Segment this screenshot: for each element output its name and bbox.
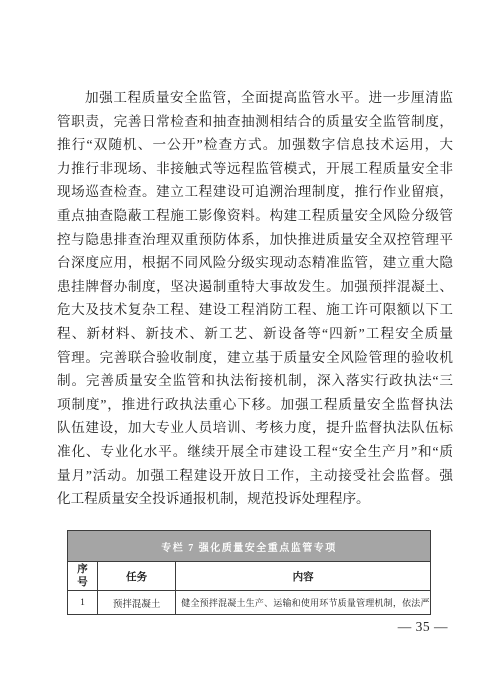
page-number: — 35 — [398,619,448,635]
column-header-content: 内容 [176,562,431,591]
table-row: 1 预拌混凝土 健全预拌混凝土生产、运输和使用环节质量管理机制，依法严 [68,591,431,615]
text-line: 管职责，完善日常检查和抽查抽测相结合的质量安全监管制度， [57,110,453,134]
text-line: 化工程质量安全投诉通报机制，规范投诉处理程序。 [57,487,453,511]
text-line: 项制度”，推进行政执法重心下移。加强工程质量安全监督执法 [57,393,453,417]
text-line: 程、新材料、新技术、新工艺、新设备等“四新”工程安全质量 [57,322,453,346]
text-line: 量月”活动。加强工程建设开放日工作，主动接受社会监督。强 [57,464,453,488]
text-line: 队伍建设，加大专业人员培训、考核力度，提升监督执法队伍标 [57,416,453,440]
panel-title-row: 专栏 7 强化质量安全重点监管专项 [68,531,431,562]
panel-title: 专栏 7 强化质量安全重点监管专项 [68,531,431,562]
row-content: 健全预拌混凝土生产、运输和使用环节质量管理机制，依法严 [176,591,431,615]
text-line: 加强工程质量安全监管，全面提高监管水平。进一步厘清监 [57,86,453,110]
text-line: 控与隐患排查治理双重预防体系，加快推进质量安全双控管理平 [57,228,453,252]
text-line: 准化、专业化水平。继续开展全市建设工程“安全生产月”和“质 [57,440,453,464]
text-line: 危大及技术复杂工程、建设工程消防工程、施工许可限额以下工 [57,298,453,322]
column-header-no: 序号 [68,562,98,591]
special-panel-table: 专栏 7 强化质量安全重点监管专项 序号 任务 内容 1 预拌混凝土 健全预拌混… [67,530,431,615]
text-line: 台深度应用，根据不同风险分级实现动态精准监管，建立重大隐 [57,251,453,275]
text-line: 管理。完善联合验收制度，建立基于质量安全风险管理的验收机 [57,346,453,370]
row-task: 预拌混凝土 [98,591,176,615]
text-line: 推行“双随机、一公开”检查方式。加强数字信息技术运用，大 [57,133,453,157]
text-line: 力推行非现场、非接触式等远程监管模式，开展工程质量安全非 [57,157,453,181]
panel-header-row: 序号 任务 内容 [68,562,431,591]
row-no: 1 [68,591,98,615]
document-page: 加强工程质量安全监管，全面提高监管水平。进一步厘清监 管职责，完善日常检查和抽查… [0,0,495,700]
paragraph: 加强工程质量安全监管，全面提高监管水平。进一步厘清监 管职责，完善日常检查和抽查… [57,86,453,511]
text-line: 患挂牌督办制度，坚决遏制重特大事故发生。加强预拌混凝土、 [57,275,453,299]
text-line: 现场巡查检查。建立工程建设可追溯治理制度，推行作业留痕， [57,180,453,204]
column-header-task: 任务 [98,562,176,591]
text-line: 制。完善质量安全监管和执法衔接机制，深入落实行政执法“三 [57,369,453,393]
column-header-no-label: 序号 [77,563,89,589]
text-line: 重点抽查隐蔽工程施工影像资料。构建工程质量安全风险分级管 [57,204,453,228]
